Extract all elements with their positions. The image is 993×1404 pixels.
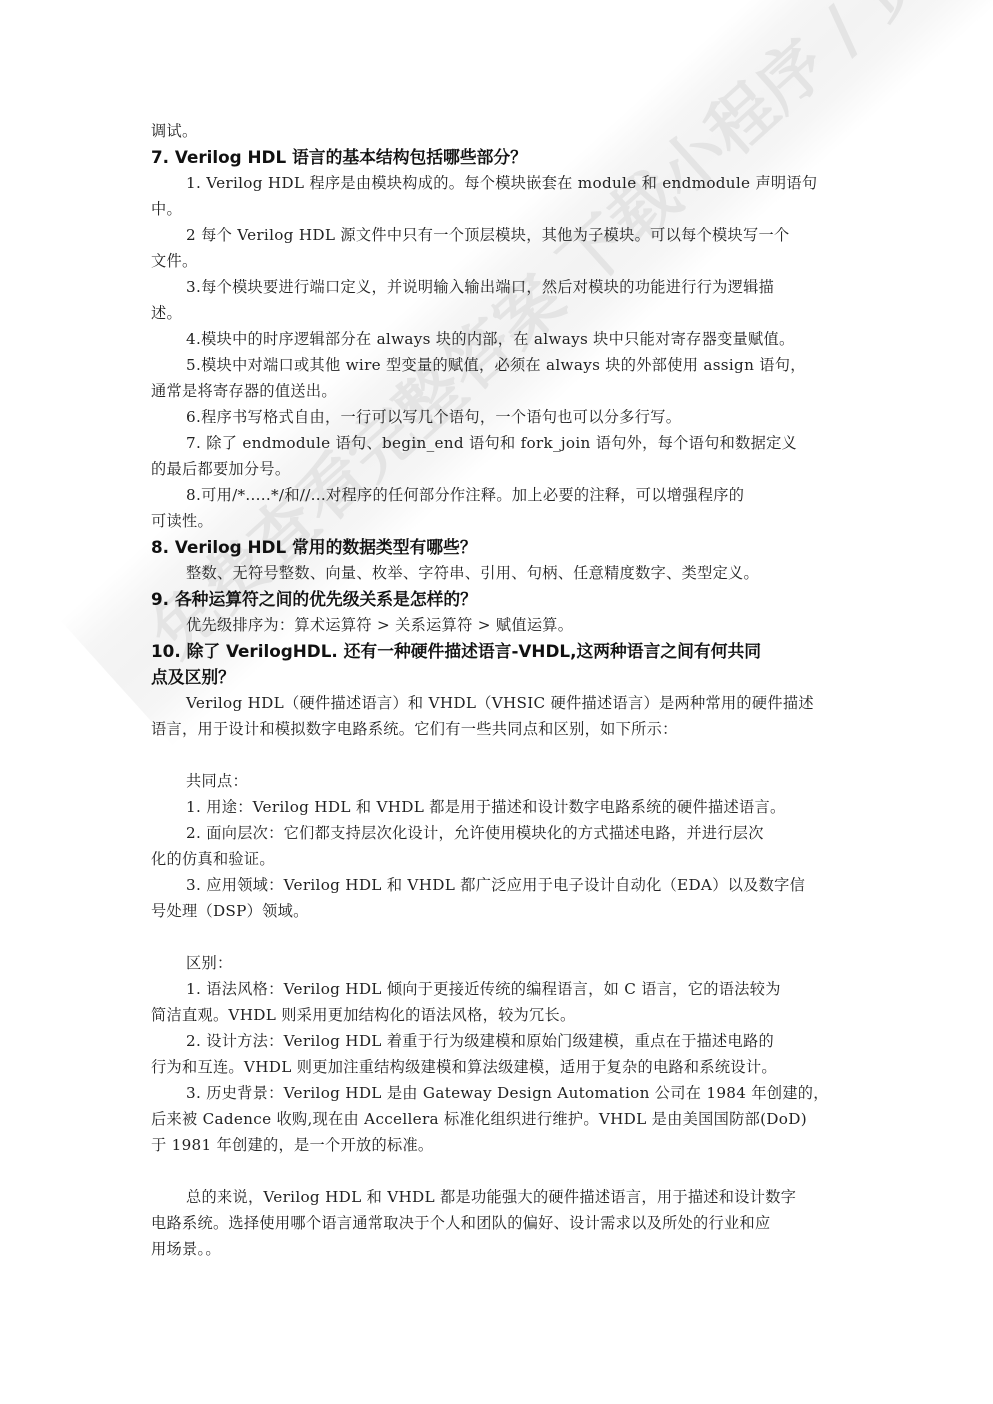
spacer [151,1158,845,1184]
question-8-heading: 8. Verilog HDL 常用的数据类型有哪些？ [151,534,845,560]
diff-item: 1. 语法风格：Verilog HDL 倾向于更接近传统的编程语言，如 C 语言… [151,976,845,1002]
q7-line: 的最后都要加分号。 [151,456,845,482]
q7-line: 可读性。 [151,508,845,534]
q9-answer: 优先级排序为：算术运算符 > 关系运算符 > 赋值运算。 [151,612,845,638]
q10-intro: Verilog HDL（硬件描述语言）和 VHDL（VHSIC 硬件描述语言）是… [151,690,845,716]
summary-line: 电路系统。选择使用哪个语言通常取决于个人和团队的偏好、设计需求以及所处的行业和应 [151,1210,845,1236]
summary-line: 用场景。。 [151,1236,845,1262]
diff-item: 3. 历史背景：Verilog HDL 是由 Gateway Design Au… [151,1080,845,1106]
q7-line: 8.可用/*.....*/和//...对程序的任何部分作注释。加上必要的注释，可… [151,482,845,508]
diff-item: 行为和互连。VHDL 则更加注重结构级建模和算法级建模，适用于复杂的电路和系统设… [151,1054,845,1080]
q7-line: 6.程序书写格式自由，一行可以写几个语句，一个语句也可以分多行写。 [151,404,845,430]
common-item: 化的仿真和验证。 [151,846,845,872]
spacer [151,742,845,768]
q7-line: 通常是将寄存器的值送出。 [151,378,845,404]
diff-heading: 区别： [151,950,845,976]
diff-item: 于 1981 年创建的，是一个开放的标准。 [151,1132,845,1158]
common-item: 1. 用途：Verilog HDL 和 VHDL 都是用于描述和设计数字电路系统… [151,794,845,820]
question-10-heading: 10. 除了 VerilogHDL. 还有一种硬件描述语言-VHDL,这两种语言… [151,638,845,664]
summary-line: 总的来说，Verilog HDL 和 VHDL 都是功能强大的硬件描述语言，用于… [151,1184,845,1210]
q10-intro: 语言，用于设计和模拟数字电路系统。它们有一些共同点和区别，如下所示： [151,716,845,742]
common-item: 2. 面向层次：它们都支持层次化设计，允许使用模块化的方式描述电路，并进行层次 [151,820,845,846]
q7-line: 5.模块中对端口或其他 wire 型变量的赋值，必须在 always 块的外部使… [151,352,845,378]
document-page: 免费查看完整答案 下载小程序 / 资料 APP 调试。 7. Verilog H… [0,0,993,1404]
diff-item: 简洁直观。VHDL 则采用更加结构化的语法风格，较为冗长。 [151,1002,845,1028]
document-body: 调试。 7. Verilog HDL 语言的基本结构包括哪些部分？ 1. Ver… [151,118,845,1262]
q7-line: 文件。 [151,248,845,274]
common-item: 3. 应用领域：Verilog HDL 和 VHDL 都广泛应用于电子设计自动化… [151,872,845,898]
q7-line: 3.每个模块要进行端口定义，并说明输入输出端口，然后对模块的功能进行行为逻辑描 [151,274,845,300]
q7-line: 7. 除了 endmodule 语句、begin_end 语句和 fork_jo… [151,430,845,456]
spacer [151,924,845,950]
q8-answer: 整数、无符号整数、向量、枚举、字符串、引用、句柄、任意精度数字、类型定义。 [151,560,845,586]
q7-line: 2 每个 Verilog HDL 源文件中只有一个顶层模块，其他为子模块。可以每… [151,222,845,248]
q7-line: 1. Verilog HDL 程序是由模块构成的。每个模块嵌套在 module … [151,170,845,196]
q7-line: 4.模块中的时序逻辑部分在 always 块的内部，在 always 块中只能对… [151,326,845,352]
q7-line: 述。 [151,300,845,326]
question-10-heading-cont: 点及区别？ [151,664,845,690]
common-item: 号处理（DSP）领域。 [151,898,845,924]
diff-item: 后来被 Cadence 收购,现在由 Accellera 标准化组织进行维护。V… [151,1106,845,1132]
q7-line: 中。 [151,196,845,222]
common-heading: 共同点： [151,768,845,794]
question-7-heading: 7. Verilog HDL 语言的基本结构包括哪些部分？ [151,144,845,170]
paragraph-tail: 调试。 [151,118,845,144]
diff-item: 2. 设计方法：Verilog HDL 着重于行为级建模和原始门级建模，重点在于… [151,1028,845,1054]
question-9-heading: 9. 各种运算符之间的优先级关系是怎样的？ [151,586,845,612]
